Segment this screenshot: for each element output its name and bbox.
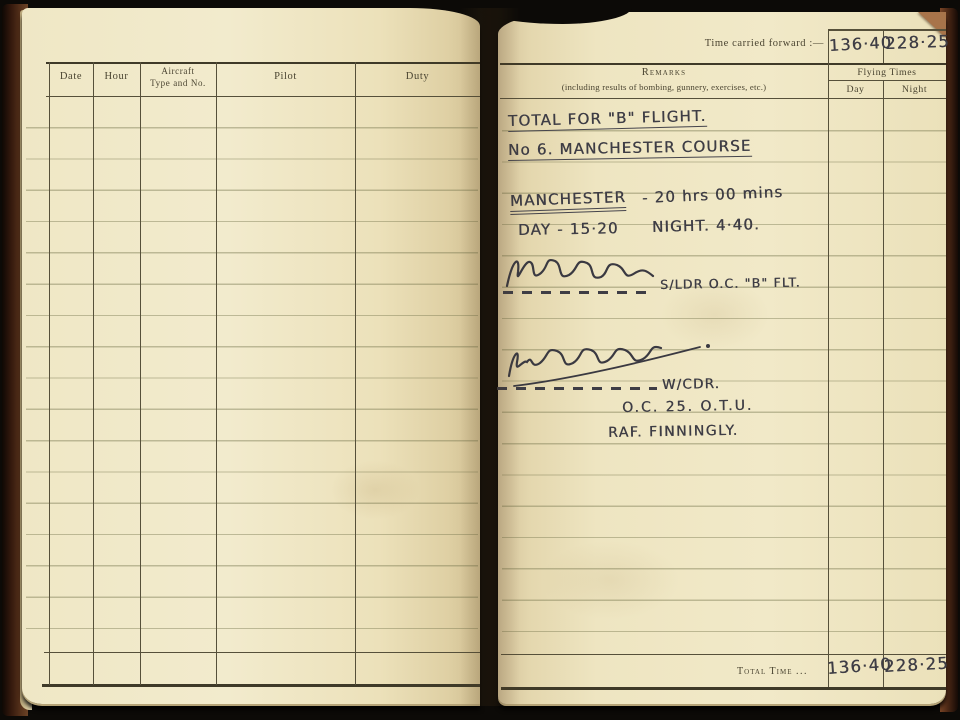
table-top-rule-left [46,62,480,64]
column-header-aircraft-line2: Type and No. [140,78,216,88]
remark-night-total: NIGHT. 4·40. [652,215,760,236]
total-time-day-value: 136·40 [826,655,883,678]
total-time-label: Total Time ... [640,666,808,677]
column-line-day-night [883,80,884,689]
column-header-day: Day [828,84,883,95]
column-header-duty: Duty [355,71,480,82]
column-line-date-hour [93,62,94,685]
total-time-night-value: 228·25 [884,654,947,676]
signature-2-rank: W/CDR. [662,376,720,393]
flying-times-header: Flying Times [828,67,946,78]
column-line-hour-aircraft [140,62,141,685]
remark-manchester-course: No 6. MANCHESTER COURSE [508,137,752,161]
table-header-rule-right [500,98,946,99]
table-footer-rule-left [44,652,480,653]
signature-squadron-leader [503,250,661,294]
remarks-header-title: Remarks [500,67,828,78]
total-time-dots: ... [796,666,808,677]
signature-line-2 [497,387,657,390]
column-header-aircraft-line1: Aircraft [140,66,216,76]
column-header-night: Night [883,84,946,95]
signature-2-unit: O.C. 25. O.T.U. [622,398,753,416]
column-line-pilot-duty [355,62,356,685]
table-bottom-rule-left [42,684,480,687]
column-header-hour: Hour [93,71,140,82]
time-carried-forward-label: Time carried forward :— [620,38,824,49]
column-header-date: Date [49,71,93,82]
signature-2-station: RAF. FINNINGLY. [608,423,739,441]
logbook-photo: Date Hour Aircraft Type and No. Pilot Du… [0,0,960,720]
remark-day-total: DAY - 15·20 [518,219,619,239]
carried-forward-day-value: 136·40 [829,33,883,55]
column-header-pilot: Pilot [216,71,355,82]
column-line-aircraft-pilot [216,62,217,685]
column-line-remarks-day [828,63,829,689]
carried-forward-box-top [828,29,946,31]
remark-type-label: MANCHESTER [510,188,627,215]
table-top-rule-right [500,63,946,65]
table-header-rule-left [46,96,480,97]
signature-line-1 [503,291,655,294]
table-bottom-rule-right [501,687,946,690]
carried-forward-night-value: 228·25 [885,32,946,53]
column-line-date-left [49,62,50,685]
signature-1-title: S/LDR O.C. "B" FLT. [660,275,801,292]
remarks-header-subtitle: (including results of bombing, gunnery, … [500,82,828,92]
flying-times-underline [828,80,946,81]
